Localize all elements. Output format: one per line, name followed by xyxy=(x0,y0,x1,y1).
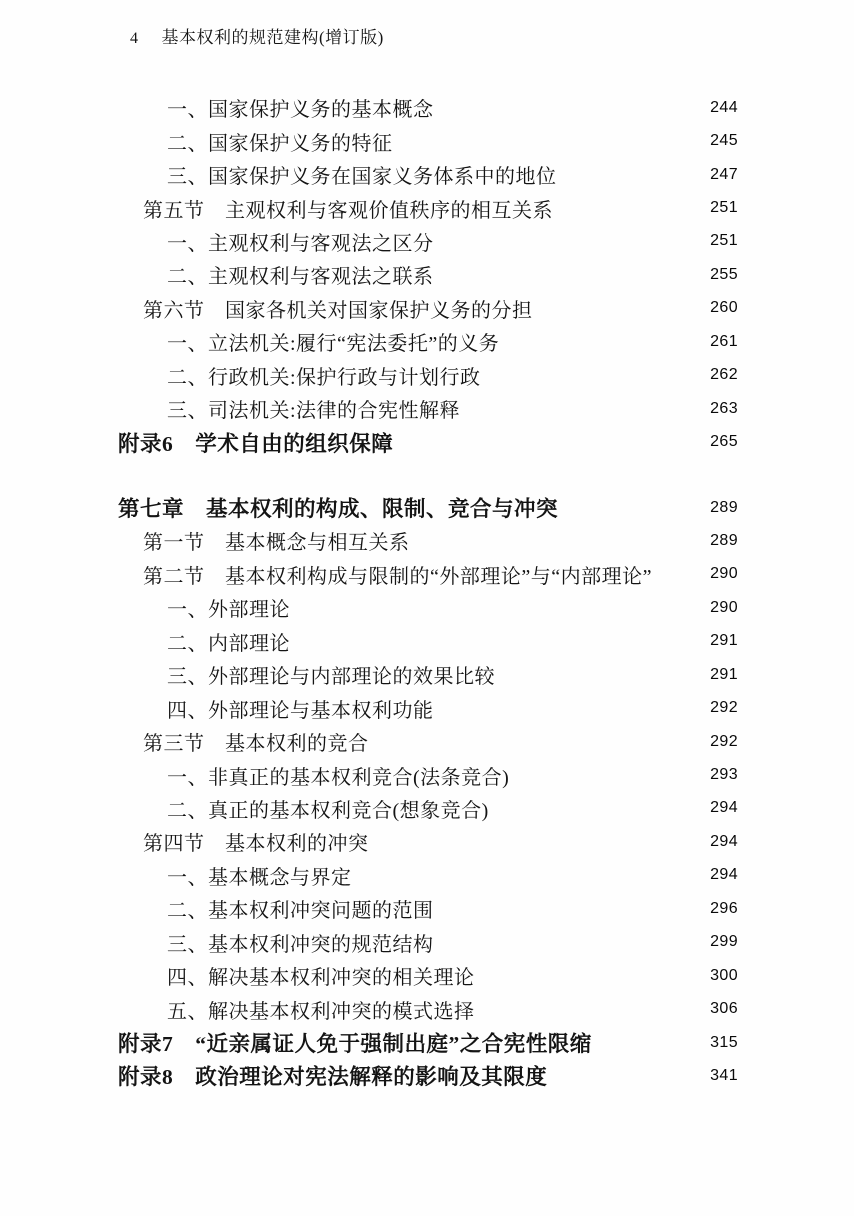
toc-entry-title: 一、非真正的基本权利竞合(法条竞合) xyxy=(167,761,509,790)
toc-entry-page-number: 290 xyxy=(710,565,738,583)
toc-entry-title: 三、基本权利冲突的规范结构 xyxy=(167,928,434,957)
toc-entry-10: 三、司法机关:法律的合宪性解释 263 xyxy=(0,392,854,425)
toc-entry-9: 二、行政机关:保护行政与计划行政 262 xyxy=(0,359,854,392)
toc-entry-page-number: 293 xyxy=(710,766,738,784)
toc-entry-title: 附录8 政治理论对宪法解释的影响及其限度 xyxy=(118,1060,547,1091)
toc-entry-21: 二、真正的基本权利竞合(想象竞合) 294 xyxy=(0,792,854,825)
toc-entry-page-number: 263 xyxy=(710,400,738,418)
book-page: 4 基本权利的规范建构(增订版) 一、国家保护义务的基本概念 244 二、国家保… xyxy=(0,0,854,1216)
toc-entry-page-number: 265 xyxy=(710,433,738,451)
toc-entry-page-number: 291 xyxy=(710,632,738,650)
toc-entry-title: 二、国家保护义务的特征 xyxy=(167,127,393,156)
toc-entry-19: 第三节 基本权利的竞合 292 xyxy=(0,725,854,758)
toc-entry-title: 一、主观权利与客观法之区分 xyxy=(167,227,434,256)
toc-entry-page-number: 294 xyxy=(710,799,738,817)
toc-entry-4: 第五节 主观权利与客观价值秩序的相互关系 251 xyxy=(0,191,854,224)
toc-entry-3: 三、国家保护义务在国家义务体系中的地位 247 xyxy=(0,158,854,191)
toc-entry-page-number: 255 xyxy=(710,266,738,284)
toc-entry-title: 一、外部理论 xyxy=(167,593,290,622)
toc-entry-title: 五、解决基本权利冲突的模式选择 xyxy=(167,995,475,1024)
toc-entry-25: 三、基本权利冲突的规范结构 299 xyxy=(0,926,854,959)
toc-entry-page-number: 262 xyxy=(710,366,738,384)
toc-entry-22: 第四节 基本权利的冲突 294 xyxy=(0,825,854,858)
toc-entry-title: 四、外部理论与基本权利功能 xyxy=(167,694,434,723)
toc-entry-6: 二、主观权利与客观法之联系 255 xyxy=(0,258,854,291)
toc-entry-15: 一、外部理论 290 xyxy=(0,591,854,624)
toc-entry-14: 第二节 基本权利构成与限制的“外部理论”与“内部理论” 290 xyxy=(0,558,854,591)
toc-entry-page-number: 260 xyxy=(710,299,738,317)
toc-entry-title: 二、真正的基本权利竞合(想象竞合) xyxy=(167,794,489,823)
toc-entry-page-number: 292 xyxy=(710,733,738,751)
toc-entry-page-number: 251 xyxy=(710,199,738,217)
toc-entry-title: 第七章 基本权利的构成、限制、竞合与冲突 xyxy=(118,492,558,523)
table-of-contents: 一、国家保护义务的基本概念 244 二、国家保护义务的特征 245 三、国家保护… xyxy=(0,91,854,1093)
toc-entry-7: 第六节 国家各机关对国家保护义务的分担 260 xyxy=(0,292,854,325)
toc-entry-page-number: 251 xyxy=(710,232,738,250)
toc-entry-title: 第四节 基本权利的冲突 xyxy=(143,827,369,856)
toc-entry-page-number: 315 xyxy=(710,1034,738,1052)
toc-entry-page-number: 289 xyxy=(710,499,738,517)
toc-entry-24: 二、基本权利冲突问题的范围 296 xyxy=(0,892,854,925)
toc-entry-5: 一、主观权利与客观法之区分 251 xyxy=(0,225,854,258)
toc-entry-page-number: 294 xyxy=(710,866,738,884)
toc-entry-page-number: 300 xyxy=(710,967,738,985)
toc-entry-title: 附录7 “近亲属证人免于强制出庭”之合宪性限缩 xyxy=(118,1027,592,1058)
toc-entry-page-number: 244 xyxy=(710,99,738,117)
toc-entry-page-number: 296 xyxy=(710,900,738,918)
toc-entry-12: 第七章 基本权利的构成、限制、竞合与冲突 289 xyxy=(0,491,854,524)
toc-entry-title: 一、国家保护义务的基本概念 xyxy=(167,93,434,122)
toc-entry-title: 三、国家保护义务在国家义务体系中的地位 xyxy=(167,160,557,189)
toc-entry-page-number: 306 xyxy=(710,1000,738,1018)
toc-entry-page-number: 291 xyxy=(710,666,738,684)
toc-entry-18: 四、外部理论与基本权利功能 292 xyxy=(0,691,854,724)
toc-entry-page-number: 247 xyxy=(710,166,738,184)
toc-entry-title: 一、立法机关:履行“宪法委托”的义务 xyxy=(167,327,499,356)
toc-entry-page-number: 341 xyxy=(710,1067,738,1085)
toc-entry-title: 附录6 学术自由的组织保障 xyxy=(118,427,393,458)
toc-entry-title: 第一节 基本概念与相互关系 xyxy=(143,526,410,555)
header-book-title: 基本权利的规范建构(增订版) xyxy=(162,23,384,48)
toc-entry-title: 三、外部理论与内部理论的效果比较 xyxy=(167,660,495,689)
toc-entry-title: 第六节 国家各机关对国家保护义务的分担 xyxy=(143,294,533,323)
toc-entry-28: 附录7 “近亲属证人免于强制出庭”之合宪性限缩 315 xyxy=(0,1026,854,1059)
toc-entry-page-number: 290 xyxy=(710,599,738,617)
toc-entry-title: 二、行政机关:保护行政与计划行政 xyxy=(167,361,481,390)
toc-entry-title: 第三节 基本权利的竞合 xyxy=(143,727,369,756)
toc-entry-page-number: 289 xyxy=(710,532,738,550)
toc-entry-8: 一、立法机关:履行“宪法委托”的义务 261 xyxy=(0,325,854,358)
toc-entry-title: 三、司法机关:法律的合宪性解释 xyxy=(167,394,460,423)
toc-entry-title: 二、主观权利与客观法之联系 xyxy=(167,260,434,289)
toc-entry-title: 第五节 主观权利与客观价值秩序的相互关系 xyxy=(143,194,553,223)
toc-entry-29: 附录8 政治理论对宪法解释的影响及其限度 341 xyxy=(0,1059,854,1092)
toc-entry-title: 一、基本概念与界定 xyxy=(167,861,352,890)
toc-entry-13: 第一节 基本概念与相互关系 289 xyxy=(0,524,854,557)
header-page-number: 4 xyxy=(130,30,139,48)
toc-entry-page-number: 245 xyxy=(710,132,738,150)
toc-entry-page-number: 294 xyxy=(710,833,738,851)
toc-entry-26: 四、解决基本权利冲突的相关理论 300 xyxy=(0,959,854,992)
toc-entry-11: 附录6 学术自由的组织保障 265 xyxy=(0,425,854,458)
toc-entry-27: 五、解决基本权利冲突的模式选择 306 xyxy=(0,992,854,1025)
toc-entry-17: 三、外部理论与内部理论的效果比较 291 xyxy=(0,658,854,691)
toc-entry-page-number: 292 xyxy=(710,699,738,717)
toc-entry-2: 二、国家保护义务的特征 245 xyxy=(0,124,854,157)
toc-entry-page-number: 261 xyxy=(710,333,738,351)
toc-entry-title: 四、解决基本权利冲突的相关理论 xyxy=(167,961,475,990)
toc-entry-1: 一、国家保护义务的基本概念 244 xyxy=(0,91,854,124)
toc-entry-title: 二、基本权利冲突问题的范围 xyxy=(167,894,434,923)
running-header: 4 基本权利的规范建构(增订版) xyxy=(130,23,384,48)
toc-entry-title: 二、内部理论 xyxy=(167,627,290,656)
toc-entry-page-number: 299 xyxy=(710,933,738,951)
toc-entry-16: 二、内部理论 291 xyxy=(0,625,854,658)
toc-entry-20: 一、非真正的基本权利竞合(法条竞合) 293 xyxy=(0,758,854,791)
toc-entry-23: 一、基本概念与界定 294 xyxy=(0,859,854,892)
toc-entry-title: 第二节 基本权利构成与限制的“外部理论”与“内部理论” xyxy=(143,560,652,589)
